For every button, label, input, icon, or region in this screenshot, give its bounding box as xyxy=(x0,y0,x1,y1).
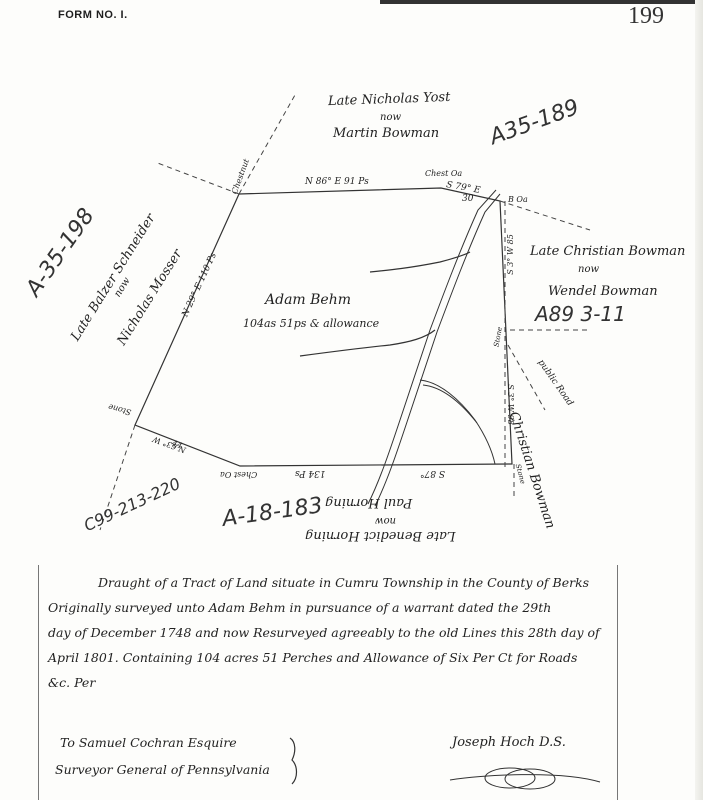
line-east-upper: S 3° W 85 xyxy=(506,234,515,275)
line-east-lower: S 3° W 98 xyxy=(506,384,515,425)
caption-line-1: Draught of a Tract of Land situate in Cu… xyxy=(98,575,589,590)
caption-line-3: day of December 1748 and now Resurveyed … xyxy=(48,625,600,640)
north-neighbor-now: now xyxy=(380,112,401,123)
north-neighbor-current: Martin Bowman xyxy=(333,126,439,141)
addressee-line-2: Surveyor General of Pennsylvania xyxy=(55,762,270,777)
east-neighbor-late: Late Christian Bowman xyxy=(530,244,685,259)
corner-s: Chest Oa xyxy=(220,470,257,479)
tract-area: 104as 51ps & allowance xyxy=(243,317,379,330)
caption-line-4: April 1801. Containing 104 acres 51 Perc… xyxy=(48,650,577,665)
caption-line-5: &c. Per xyxy=(48,675,95,690)
surveyor-signature: Joseph Hoch D.S. xyxy=(452,735,566,750)
tract-owner: Adam Behm xyxy=(265,292,351,308)
line-south-bearing: S 87° xyxy=(420,468,445,478)
line-south-length: 134 Ps xyxy=(295,468,325,478)
line-northeast-length: 30 xyxy=(462,194,473,204)
south-neighbor-now: now xyxy=(375,515,396,526)
corner-ne-2: B Oa xyxy=(508,195,528,204)
east-ref: A89 3-11 xyxy=(535,302,626,326)
east-neighbor-current: Wendel Bowman xyxy=(548,284,658,299)
line-north: N 86° E 91 Ps xyxy=(305,177,369,187)
addressee-line-1: To Samuel Cochran Esquire xyxy=(60,735,237,750)
caption-line-2: Originally surveyed unto Adam Behm in pu… xyxy=(48,600,551,615)
east-neighbor-now: now xyxy=(578,264,599,275)
south-neighbor-current: Paul Horning xyxy=(325,495,412,510)
corner-ne-1: Chest Oa xyxy=(425,169,462,178)
south-neighbor-late: Late Benedict Horning xyxy=(305,528,455,543)
